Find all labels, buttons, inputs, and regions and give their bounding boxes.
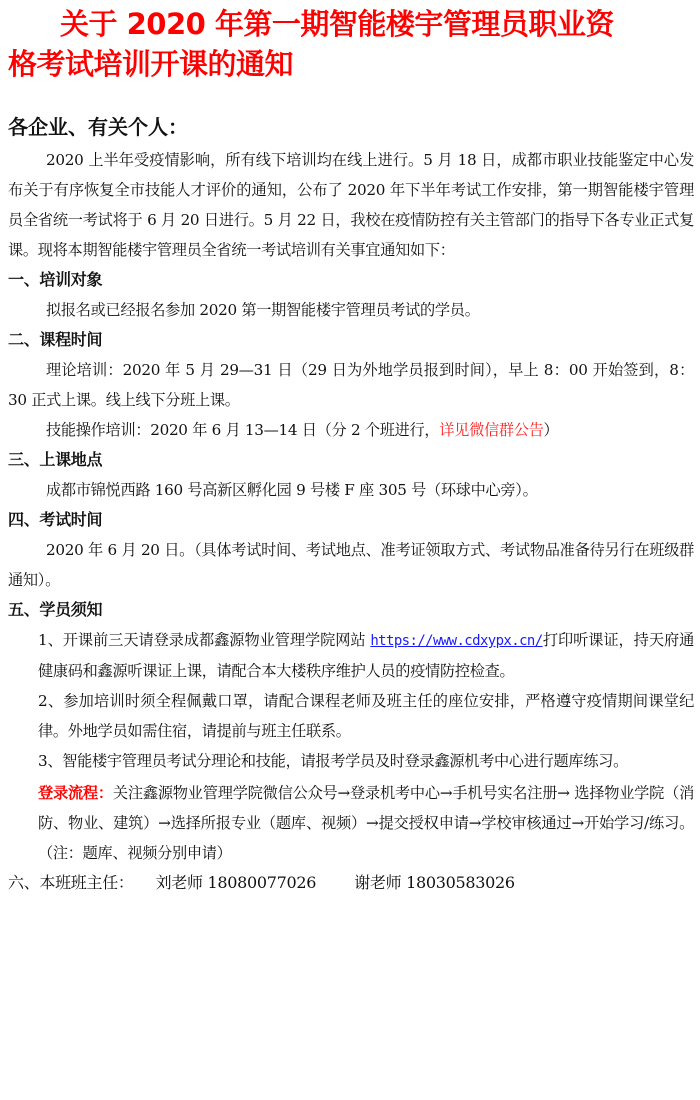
section-1-paragraph: 拟报名或已经报名参加 2020 第一期智能楼宇管理员考试的学员。 (8, 295, 694, 325)
notice-item-3: 3、智能楼宇管理员考试分理论和技能，请报考学员及时登录鑫源机考中心进行题库练习。 (8, 746, 694, 776)
theory-training-paragraph: 理论培训：2020 年 5 月 29—31 日（29 日为外地学员报到时间），早… (8, 355, 694, 415)
login-flow-label: 登录流程： (38, 784, 113, 802)
teacher-1: 刘老师 18080077026 (156, 873, 317, 892)
title-line-2: 格考试培训开课的通知 (8, 44, 698, 84)
teacher-2: 谢老师 18030583026 (354, 873, 515, 892)
website-link[interactable]: https://www.cdxypx.cn/ (370, 633, 542, 649)
title-line-1: 关于 2020 年第一期智能楼宇管理员职业资 (8, 4, 698, 44)
section-heading-3: 三、上课地点 (8, 445, 694, 475)
notice-item-2: 2、参加培训时须全程佩戴口罩，请配合课程老师及班主任的座位安排，严格遵守疫情期间… (8, 686, 694, 746)
intro-paragraph: 2020 上半年受疫情影响，所有线下培训均在线上进行。5 月 18 日，成都市职… (8, 145, 694, 265)
contact-line: 六、本班班主任：刘老师 18080077026谢老师 18030583026 (8, 868, 694, 898)
location-paragraph: 成都市锦悦西路 160 号高新区孵化园 9 号楼 F 座 305 号（环球中心旁… (8, 475, 694, 505)
skill-training-text: 技能操作培训：2020 年 6 月 13—14 日（分 2 个班进行， (46, 421, 439, 439)
notice-item-1-text: 1、开课前三天请登录成都鑫源物业管理学院网站 (38, 631, 370, 649)
skill-training-end: ） (544, 421, 559, 439)
section-heading-1: 一、培训对象 (8, 265, 694, 295)
wechat-group-notice: 详见微信群公告 (439, 421, 543, 439)
section-heading-4: 四、考试时间 (8, 505, 694, 535)
section-heading-5: 五、学员须知 (8, 595, 694, 625)
exam-time-paragraph: 2020 年 6 月 20 日。（具体考试时间、考试地点、准考证领取方式、考试物… (8, 535, 694, 595)
document-body: 2020 上半年受疫情影响，所有线下培训均在线上进行。5 月 18 日，成都市职… (8, 145, 694, 898)
document-title: 关于 2020 年第一期智能楼宇管理员职业资 格考试培训开课的通知 (8, 4, 698, 84)
skill-training-paragraph: 技能操作培训：2020 年 6 月 13—14 日（分 2 个班进行，详见微信群… (8, 415, 694, 445)
login-flow-text: 关注鑫源物业管理学院微信公众号→登录机考中心→手机号实名注册→ 选择物业学院（消… (38, 784, 694, 862)
contact-heading: 六、本班班主任： (8, 873, 134, 892)
notice-item-1: 1、开课前三天请登录成都鑫源物业管理学院网站 https://www.cdxyp… (8, 625, 694, 686)
section-heading-2: 二、课程时间 (8, 325, 694, 355)
login-flow: 登录流程：关注鑫源物业管理学院微信公众号→登录机考中心→手机号实名注册→ 选择物… (8, 778, 694, 868)
greeting: 各企业、有关个人： (8, 113, 188, 141)
